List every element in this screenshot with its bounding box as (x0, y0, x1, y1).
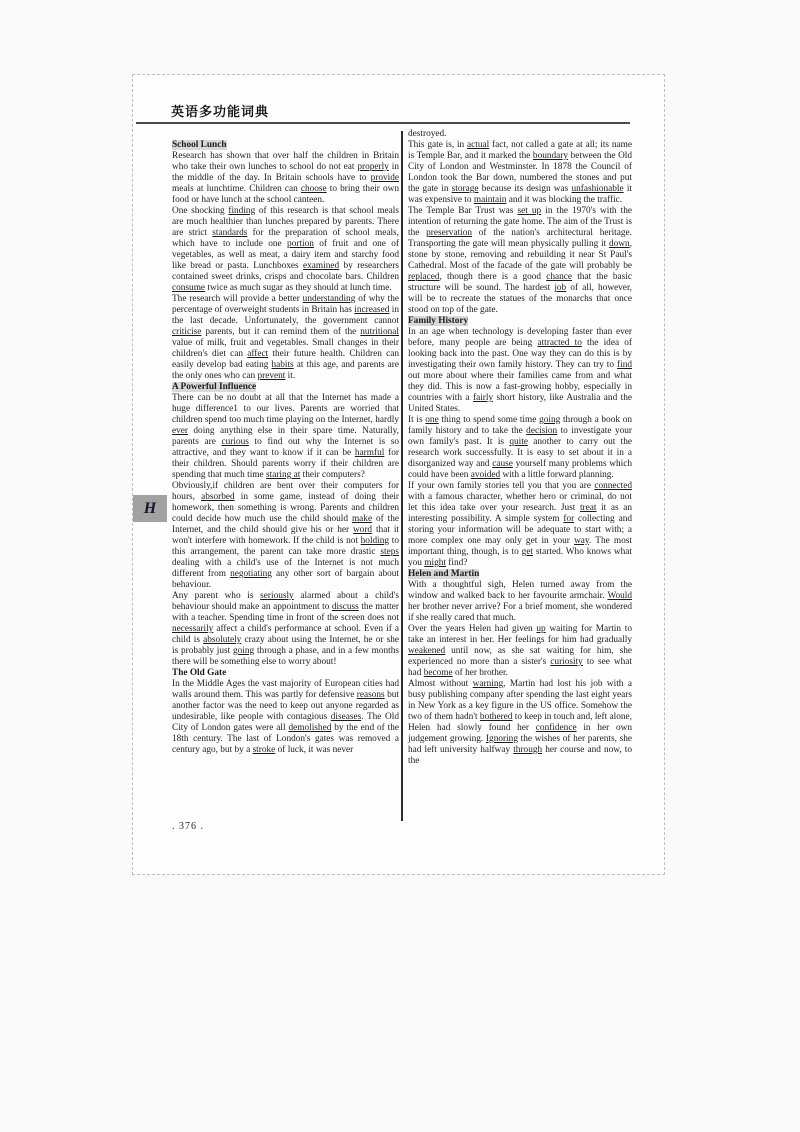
paragraph: destroyed. (408, 129, 632, 140)
section-heading: School Lunch (172, 140, 399, 151)
paragraph: There can be no doubt at all that the In… (172, 393, 399, 481)
column-divider (401, 131, 403, 821)
paragraph: If your own family stories tell you that… (408, 481, 632, 569)
page-number: . 376 . (172, 821, 204, 832)
section-heading-text: School Lunch (172, 140, 227, 150)
text-column-left: School LunchResearch has shown that over… (172, 140, 399, 756)
section-heading-text: Helen and Martin (408, 569, 479, 579)
section-heading: The Old Gate (172, 668, 399, 679)
book-title: 英语多功能词典 (171, 101, 269, 120)
section-heading: A Powerful Influence (172, 382, 399, 393)
paragraph: Almost without warning, Martin had lost … (408, 679, 632, 767)
paragraph: Any parent who is seriously alarmed abou… (172, 591, 399, 668)
section-heading-text: The Old Gate (172, 668, 226, 678)
text-column-right: destroyed.This gate is, in actual fact, … (408, 129, 632, 767)
paragraph: One shocking finding of this research is… (172, 206, 399, 294)
paragraph: In the Middle Ages the vast majority of … (172, 679, 399, 756)
paragraph: This gate is, in actual fact, not called… (408, 140, 632, 206)
paragraph: With a thoughtful sigh, Helen turned awa… (408, 580, 632, 624)
paragraph: Research has shown that over half the ch… (172, 151, 399, 206)
section-heading-text: A Powerful Influence (172, 382, 256, 392)
thumb-index-letter: H (144, 500, 156, 518)
paragraph: The Temple Bar Trust was set up in the 1… (408, 206, 632, 316)
paragraph: It is one thing to spend some time going… (408, 415, 632, 481)
paragraph: The research will provide a better under… (172, 294, 399, 382)
section-heading: Family History (408, 316, 632, 327)
section-heading-text: Family History (408, 316, 468, 326)
paragraph: Obviously,if children are bent over thei… (172, 481, 399, 591)
section-heading: Helen and Martin (408, 569, 632, 580)
paragraph: Over the years Helen had given up waitin… (408, 624, 632, 679)
paragraph: In an age when technology is developing … (408, 327, 632, 415)
header-rule (136, 122, 630, 124)
thumb-index-tab: H (133, 495, 167, 522)
